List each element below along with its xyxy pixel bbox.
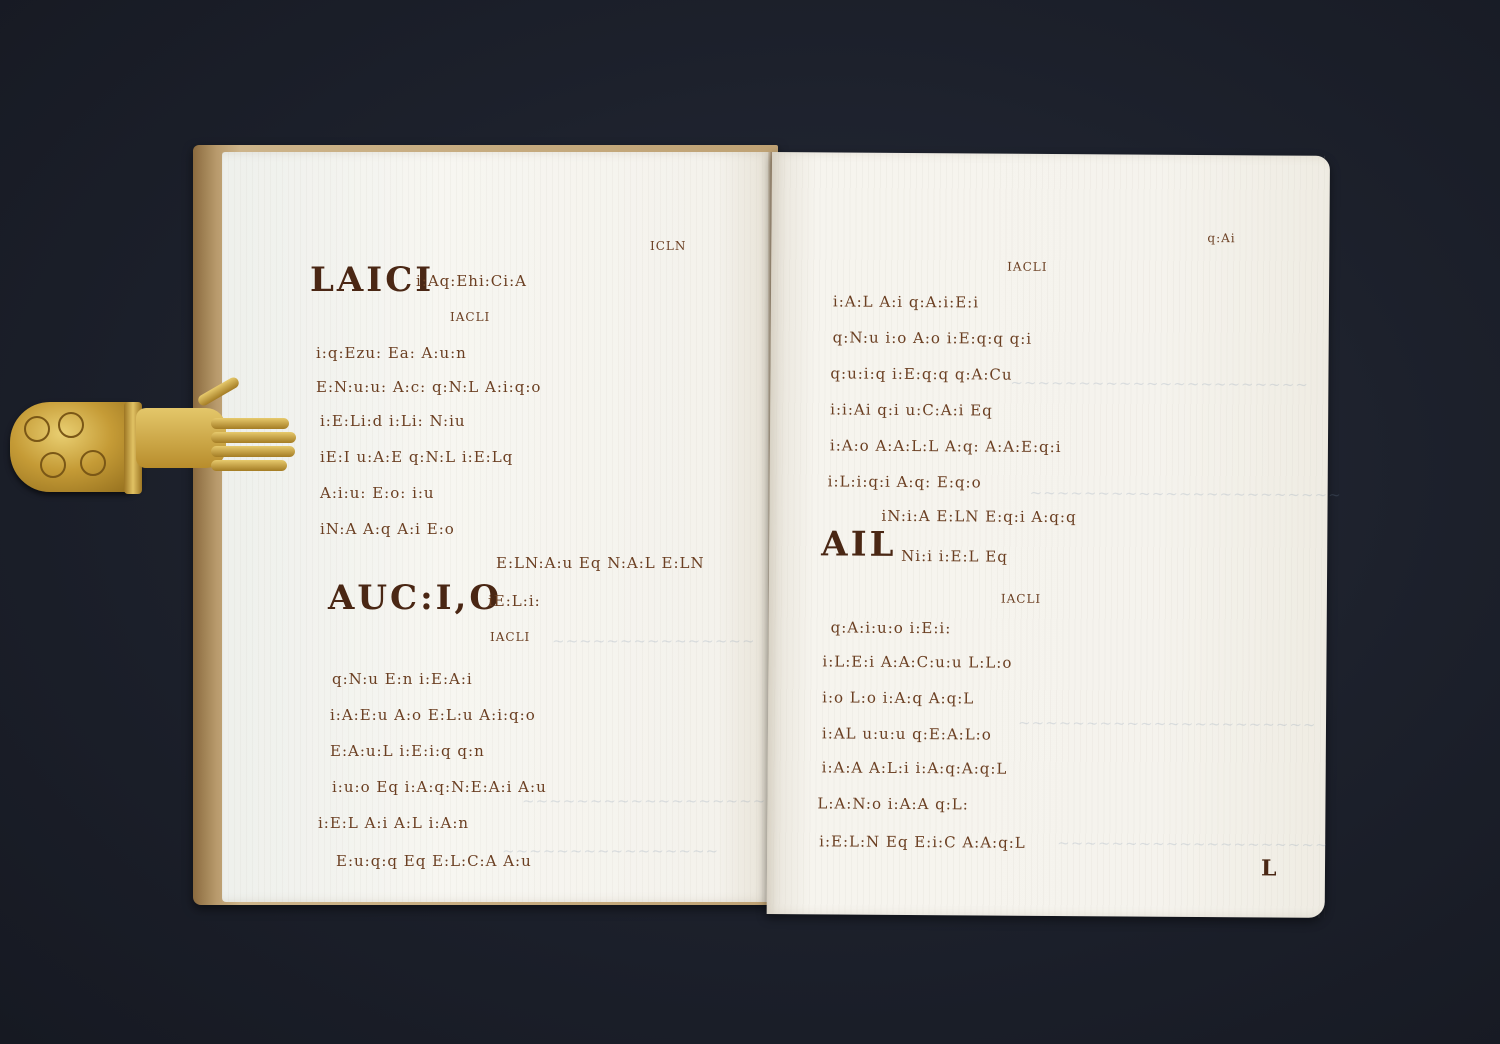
section-subtitle: i:Aq:Ehi:Ci:A [416, 272, 527, 290]
section-heading: AIL [821, 524, 896, 565]
ink-bleed: ~~~~~~~~~~~~~~~~ [502, 842, 719, 860]
ink-bleed: ~~~~~~~~~~~~~~~~~~~~~~ [1018, 714, 1317, 734]
verse-line: i:q:Ezu: Ea: A:u:n [316, 344, 467, 362]
verse-line: E:A:u:L i:E:i:q q:n [330, 742, 485, 760]
brass-hand-clip [6, 380, 301, 500]
ornament-icon [80, 450, 106, 476]
folio-number: q:Ai [1207, 231, 1235, 245]
clip-cuff [10, 402, 140, 492]
clip-finger [211, 418, 289, 429]
verse-line: i:E:Li:d i:Li: N:iu [320, 412, 466, 430]
stanza-label: IACLI [1007, 260, 1047, 274]
left-page: ~~~~~~~~~~~~~~~ ~~~~~~~~~~~~~~~~~~~ ~~~~… [222, 152, 772, 902]
verse-line: E:LN:A:u Eq N:A:L E:LN [496, 554, 705, 572]
verse-line: i:A:o A:A:L:L A:q: A:A:E:q:i [830, 436, 1062, 456]
verse-line: q:u:i:q i:E:q:q q:A:Cu [830, 364, 1012, 383]
verse-line: i:i:Ai q:i u:C:A:i Eq [830, 400, 993, 419]
ornament-icon [40, 452, 66, 478]
verse-line: i:A:A A:L:i i:A:q:A:q:L [822, 758, 1008, 777]
verse-line: i:o L:o i:A:q A:q:L [822, 688, 974, 707]
stanza-label: IACLI [1001, 592, 1041, 606]
verse-line: iN:A A:q A:i E:o [320, 520, 455, 538]
verse-line: i:AL u:u:u q:E:A:L:o [822, 724, 992, 743]
clip-finger [211, 446, 295, 457]
ink-bleed: ~~~~~~~~~~~~~~~~~~~~~~ [1010, 374, 1309, 394]
verse-line: i:u:o Eq i:A:q:N:E:A:i A:u [332, 778, 547, 796]
open-manuscript: ~~~~~~~~~~~~~~~ ~~~~~~~~~~~~~~~~~~~ ~~~~… [0, 0, 1500, 1044]
ink-bleed: ~~~~~~~~~~~~~~~~~~~ [522, 792, 780, 810]
verse-line: q:N:u i:o A:o i:E:q:q q:i [833, 328, 1033, 347]
ink-bleed: ~~~~~~~~~~~~~~~~~~~~ [1057, 834, 1328, 854]
running-head: ICLN [650, 239, 686, 253]
section-subtitle: iE:L:i: [488, 592, 541, 610]
ornament-icon [58, 412, 84, 438]
verse-line: E:u:q:q Eq E:L:C:A A:u [336, 852, 532, 870]
ink-bleed: ~~~~~~~~~~~~~~~ [552, 632, 756, 650]
clip-thumb [196, 375, 240, 407]
right-page: ~~~~~~~~~~~~~~~~~~~~~~ ~~~~~~~~~~~~~~~~~… [767, 152, 1330, 918]
verse-line: E:N:u:u: A:c: q:N:L A:i:q:o [316, 378, 541, 396]
verse-line: A:i:u: E:o: i:u [320, 484, 435, 502]
verse-line: iE:I u:A:E q:N:L i:E:Lq [320, 448, 513, 466]
verse-line: i:E:L:N Eq E:i:C A:A:q:L [819, 832, 1026, 851]
verse-line: i:A:E:u A:o E:L:u A:i:q:o [330, 706, 536, 724]
stanza-label: IACLI [450, 310, 490, 324]
section-subtitle: Ni:i i:E:L Eq [901, 547, 1008, 566]
verse-line: q:A:i:u:o i:E:i: [831, 618, 952, 637]
verse-line: i:L:i:q:i A:q: E:q:o [828, 472, 982, 491]
verse-line: L:A:N:o i:A:A q:L: [817, 794, 968, 813]
verse-line: i:A:L A:i q:A:i:E:i [833, 292, 979, 311]
section-heading: AUC:I,O [328, 578, 502, 618]
verse-line: i:E:L A:i A:L i:A:n [318, 814, 469, 832]
stanza-label: IACLI [490, 630, 530, 644]
verse-line: q:N:u E:n i:E:A:i [332, 670, 473, 688]
catchword: L [1261, 855, 1280, 881]
clip-finger [211, 460, 287, 471]
verse-line: i:L:E:i A:A:C:u:u L:L:o [822, 652, 1012, 671]
ink-bleed: ~~~~~~~~~~~~~~~~~~~~~~~ [1030, 484, 1342, 504]
ornament-icon [24, 416, 50, 442]
verse-line: iN:i:A E:LN E:q:i A:q:q [881, 507, 1076, 526]
clip-finger [211, 432, 296, 443]
